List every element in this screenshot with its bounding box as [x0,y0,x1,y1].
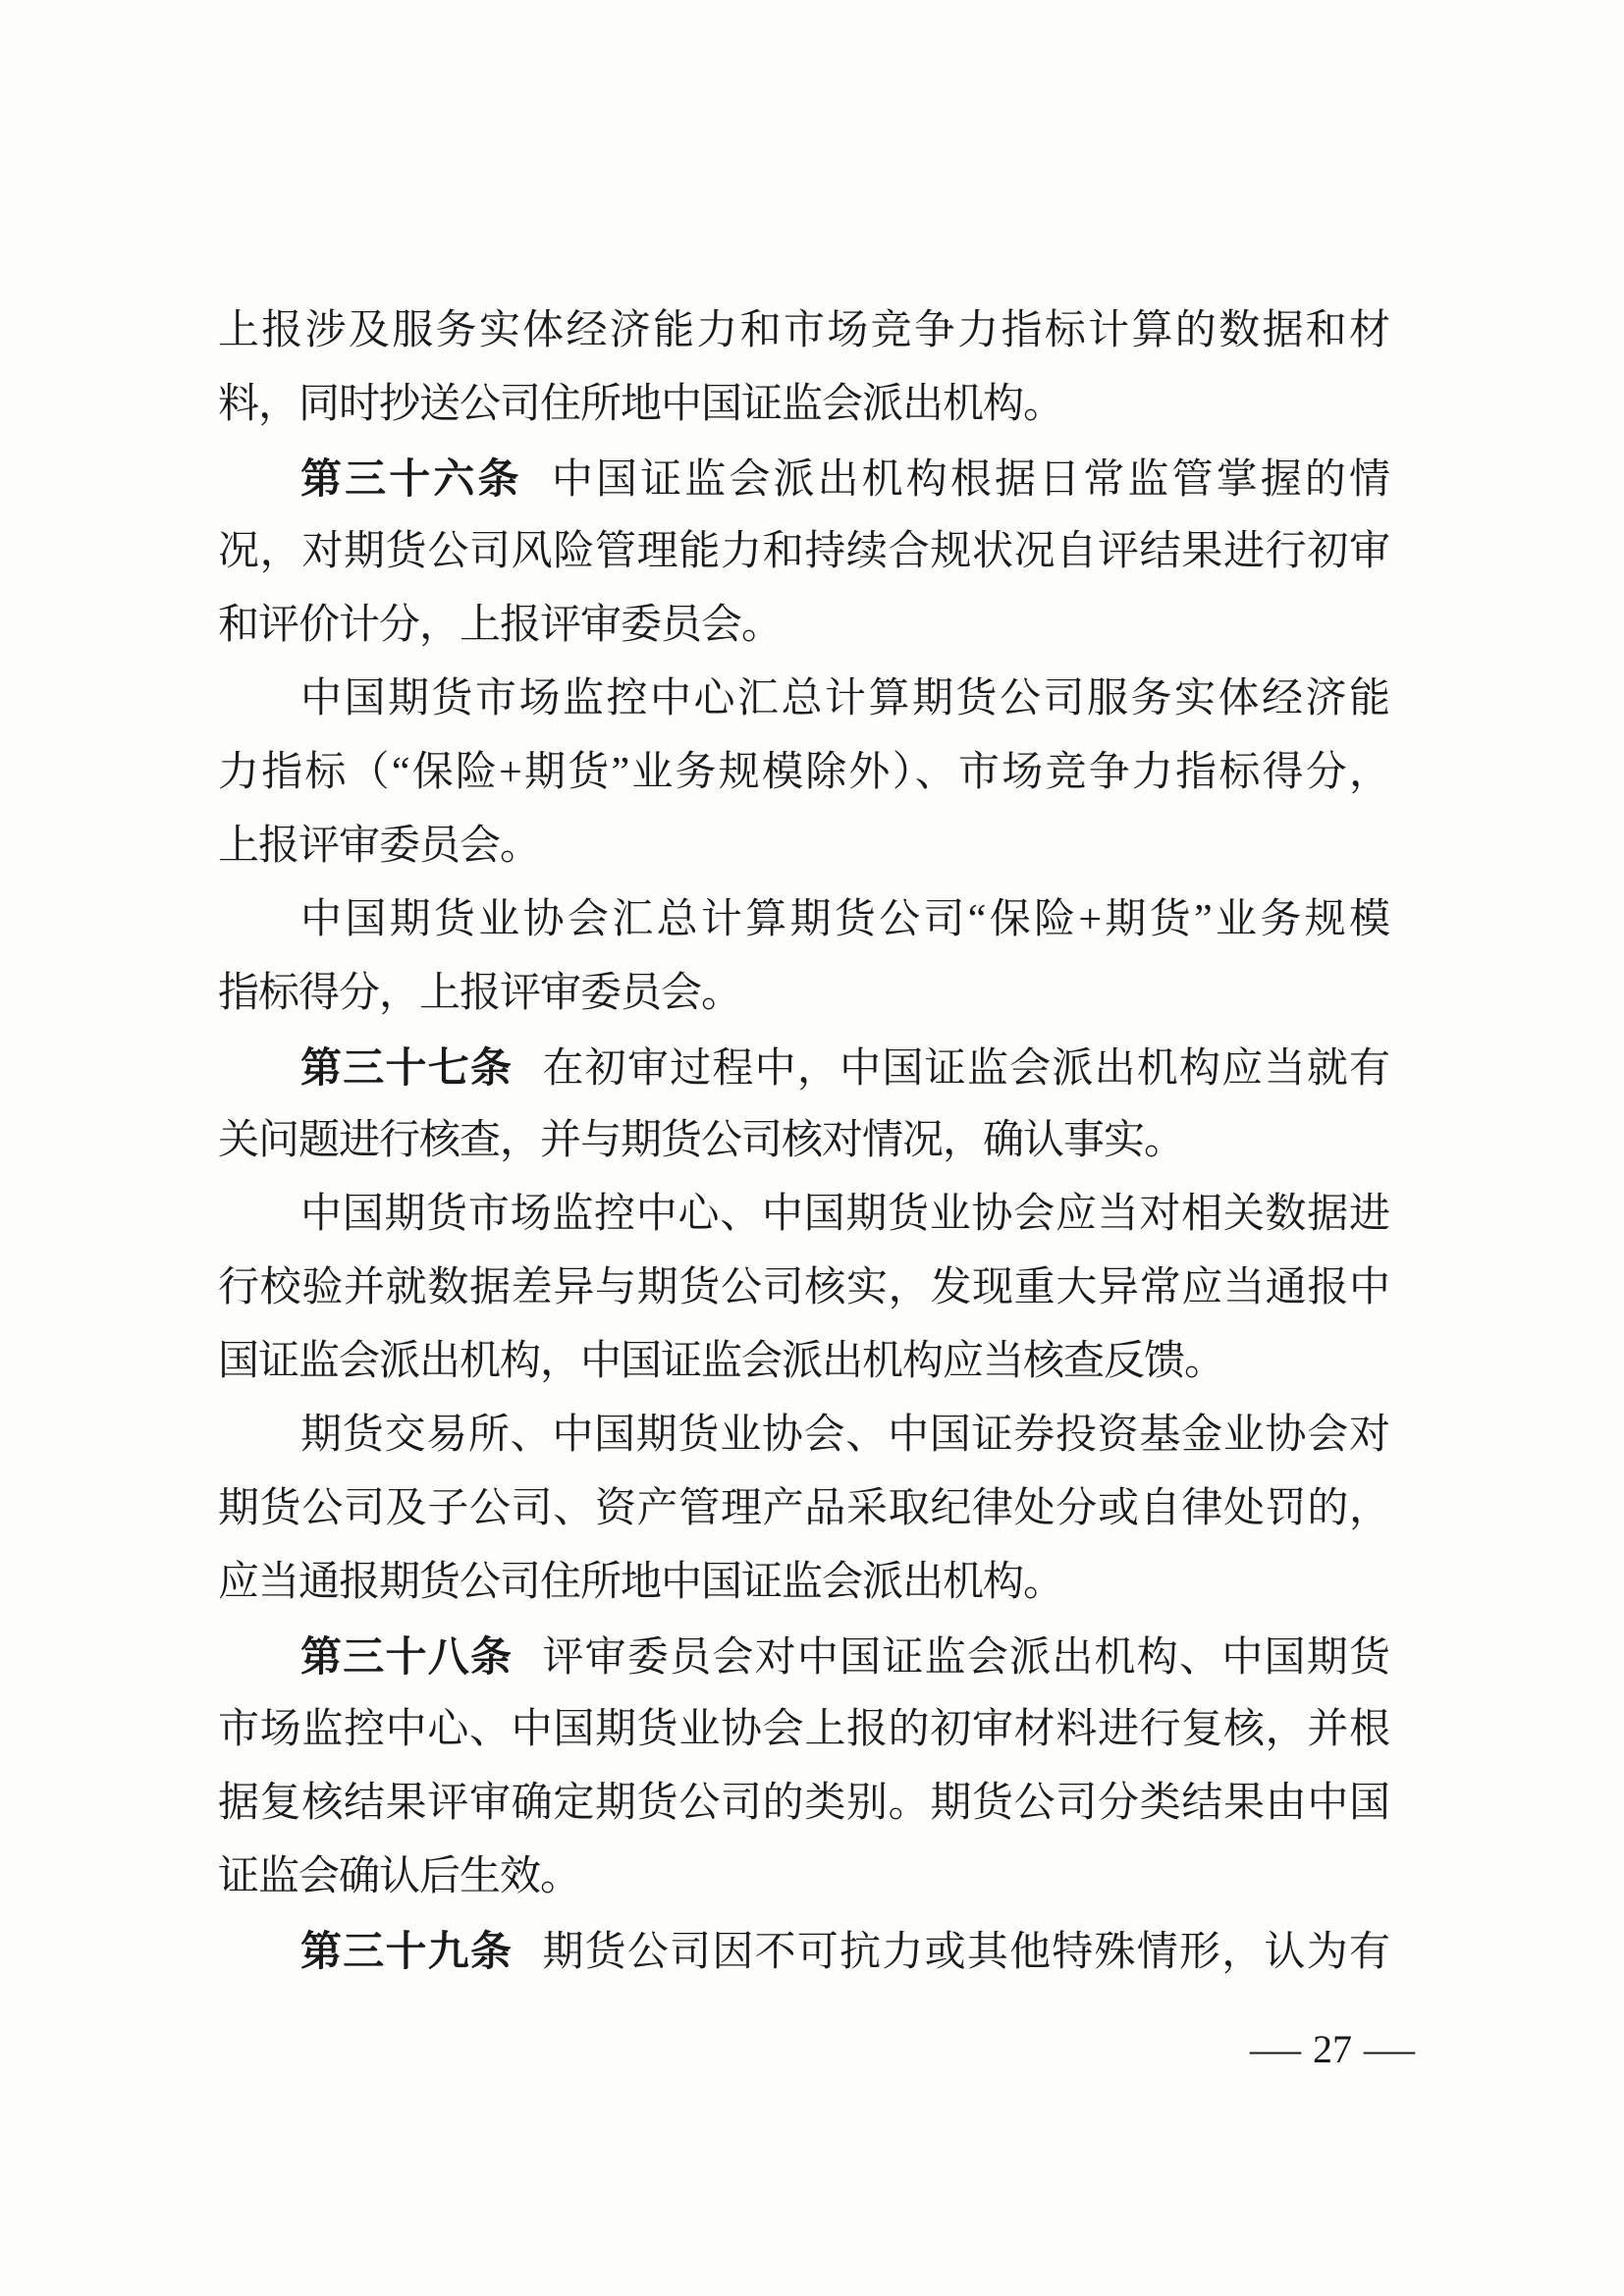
article-number: 第三十九条 [300,1928,513,1974]
text-line: 况，对期货公司风险管理能力和持续合规状况自评结果进行初审 [218,515,1389,589]
text-line: 力指标（“保险+期货”业务规模除外）、市场竞争力指标得分， [218,736,1389,810]
text-line: 料，同时抄送公司住所地中国证监会派出机构。 [218,368,1389,442]
text-line: 期货交易所、中国期货业协会、中国证券投资基金业协会对 [218,1399,1389,1472]
footer-dash-left: — [1250,2026,1301,2072]
article-heading-text: 在初审过程中，中国证监会派出机构应当就有 [542,1046,1389,1092]
text-line: 行校验并就数据差异与期货公司核实，发现重大异常应当通报中 [218,1252,1389,1325]
footer-dash-right: — [1364,2026,1415,2072]
text-line: 中国期货市场监控中心汇总计算期货公司服务实体经济能 [218,663,1389,736]
text-line: 市场监控中心、中国期货业协会上报的初审材料进行复核，并根 [218,1693,1389,1767]
text-line: 和评价计分，上报评审委员会。 [218,589,1389,663]
text-line: 期货公司及子公司、资产管理产品采取纪律处分或自律处罚的， [218,1472,1389,1546]
article-heading-text: 中国证监会派出机构根据日常监管掌握的情 [552,457,1389,503]
text-line: 国证监会派出机构，中国证监会派出机构应当核查反馈。 [218,1325,1389,1399]
article-heading-text: 期货公司因不可抗力或其他特殊情形，认为有 [542,1930,1389,1975]
article-number: 第三十八条 [300,1633,513,1680]
text-line: 上报评审委员会。 [218,810,1389,883]
article-number: 第三十六条 [300,455,522,502]
text-line: 应当通报期货公司住所地中国证监会派出机构。 [218,1546,1389,1620]
page-number: 27 [1313,2026,1352,2072]
article-heading-text: 评审委员会对中国证监会派出机构、中国期货 [542,1635,1389,1681]
text-line: 中国期货市场监控中心、中国期货业协会应当对相关数据进 [218,1178,1389,1252]
article-heading-line: 第三十八条评审委员会对中国证监会派出机构、中国期货 [218,1620,1389,1693]
text-line: 指标得分，上报评审委员会。 [218,957,1389,1031]
text-line: 中国期货业协会汇总计算期货公司“保险+期货”业务规模 [218,883,1389,957]
text-line: 证监会确认后生效。 [218,1841,1389,1914]
text-line: 关问题进行核查，并与期货公司核对情况，确认事实。 [218,1104,1389,1178]
article-heading-line: 第三十七条在初审过程中，中国证监会派出机构应当就有 [218,1031,1389,1104]
document-page: 上报涉及服务实体经济能力和市场竞争力指标计算的数据和材 料，同时抄送公司住所地中… [0,0,1624,2296]
document-body: 上报涉及服务实体经济能力和市场竞争力指标计算的数据和材 料，同时抄送公司住所地中… [218,294,1389,1988]
page-footer: — 27 — [1256,2026,1409,2072]
article-heading-line: 第三十六条中国证监会派出机构根据日常监管掌握的情 [218,442,1389,515]
text-line: 上报涉及服务实体经济能力和市场竞争力指标计算的数据和材 [218,294,1389,368]
text-line: 据复核结果评审确定期货公司的类别。期货公司分类结果由中国 [218,1767,1389,1841]
article-heading-line: 第三十九条期货公司因不可抗力或其他特殊情形，认为有 [218,1914,1389,1988]
article-number: 第三十七条 [300,1044,513,1091]
